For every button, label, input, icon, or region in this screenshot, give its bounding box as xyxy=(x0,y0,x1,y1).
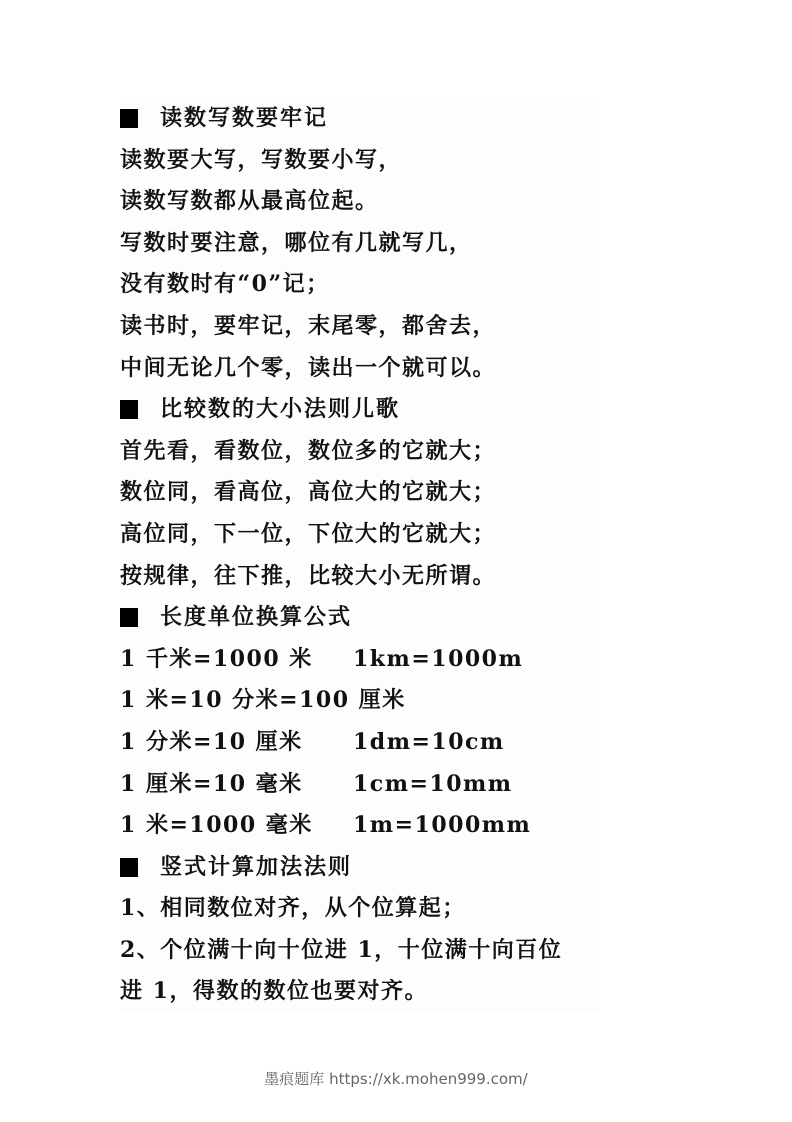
conversion-row: 1 厘米=10 毫米 1cm=10mm xyxy=(120,764,600,806)
conversion-symbol: 1m=1000mm xyxy=(353,805,531,847)
text-line: 没有数时有“0”记； xyxy=(120,264,600,306)
heading-text: 竖式计算加法法则 xyxy=(160,847,352,889)
footer-watermark: 墨痕题库 https://xk.mohen999.com/ xyxy=(0,1068,792,1089)
square-bullet-icon xyxy=(120,400,138,419)
text-line: 2、个位满十向十位进 1，十位满十向百位 xyxy=(120,930,600,972)
square-bullet-icon xyxy=(120,858,138,877)
conversion-chinese: 1 米=10 分米=100 厘米 xyxy=(120,687,406,713)
heading-text: 比较数的大小法则儿歌 xyxy=(160,389,400,431)
conversion-symbol: 1dm=10cm xyxy=(353,722,505,764)
conversion-row: 1 米=10 分米=100 厘米 xyxy=(120,680,600,722)
text-line: 读数要大写，写数要小写， xyxy=(120,140,600,182)
text-line: 按规律，往下推，比较大小无所谓。 xyxy=(120,556,600,598)
text-line: 1、相同数位对齐，从个位算起； xyxy=(120,888,600,930)
conversion-chinese: 1 千米=1000 米 xyxy=(120,646,313,672)
section-heading: 比较数的大小法则儿歌 xyxy=(120,389,600,431)
text-line: 写数时要注意，哪位有几就写几， xyxy=(120,223,600,265)
conversion-symbol: 1km=1000m xyxy=(353,639,523,681)
text-line: 读数写数都从最高位起。 xyxy=(120,181,600,223)
section-heading: 读数写数要牢记 xyxy=(120,98,600,140)
conversion-row: 1 米=1000 毫米 1m=1000mm xyxy=(120,805,600,847)
text-line: 数位同，看高位，高位大的它就大； xyxy=(120,472,600,514)
section-heading: 竖式计算加法法则 xyxy=(120,847,600,889)
square-bullet-icon xyxy=(120,608,138,627)
conversion-chinese: 1 米=1000 毫米 xyxy=(120,812,313,838)
heading-text: 读数写数要牢记 xyxy=(160,98,328,140)
conversion-chinese: 1 厘米=10 毫米 xyxy=(120,771,303,797)
text-line: 高位同，下一位，下位大的它就大； xyxy=(120,514,600,556)
conversion-chinese: 1 分米=10 厘米 xyxy=(120,729,303,755)
conversion-row: 1 分米=10 厘米 1dm=10cm xyxy=(120,722,600,764)
text-line: 中间无论几个零，读出一个就可以。 xyxy=(120,348,600,390)
document-page: 读数写数要牢记 读数要大写，写数要小写， 读数写数都从最高位起。 写数时要注意，… xyxy=(0,0,792,1122)
text-line: 进 1，得数的数位也要对齐。 xyxy=(120,971,600,1013)
document-content: 读数写数要牢记 读数要大写，写数要小写， 读数写数都从最高位起。 写数时要注意，… xyxy=(120,98,600,1013)
conversion-row: 1 千米=1000 米 1km=1000m xyxy=(120,639,600,681)
section-heading: 长度单位换算公式 xyxy=(120,597,600,639)
text-line: 首先看，看数位，数位多的它就大； xyxy=(120,431,600,473)
square-bullet-icon xyxy=(120,109,138,128)
conversion-symbol: 1cm=10mm xyxy=(353,764,513,806)
text-line: 读书时，要牢记，末尾零，都舍去， xyxy=(120,306,600,348)
heading-text: 长度单位换算公式 xyxy=(160,597,352,639)
